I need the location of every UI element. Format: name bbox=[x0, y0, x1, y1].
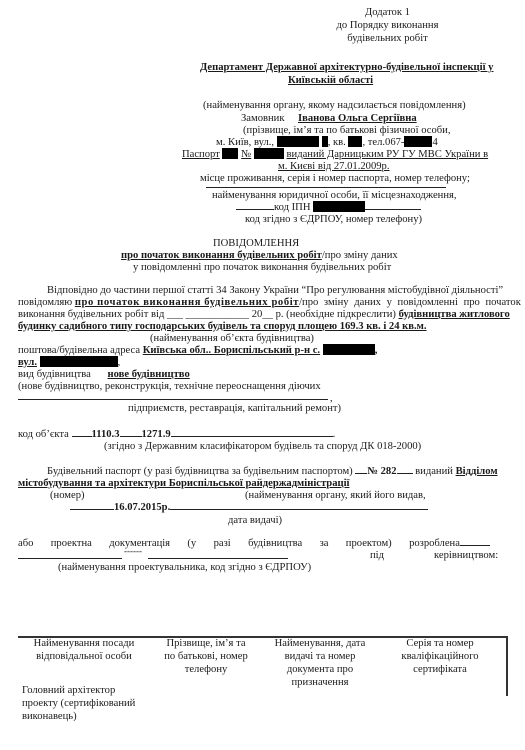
phone-suffix: 4 bbox=[432, 137, 437, 148]
ipn-blank-right bbox=[365, 209, 421, 210]
address-prefix: м. Київ, вул., bbox=[216, 137, 274, 148]
phone-label: , тел.067- bbox=[362, 137, 404, 148]
bp-issuer-line1: Відділом bbox=[456, 466, 498, 477]
para1-line3-a: виконання будівельних робіт від ___ ____… bbox=[18, 309, 396, 320]
redacted-ipn bbox=[313, 201, 365, 212]
bp-caption-date: дата видачі) bbox=[228, 514, 282, 527]
passport-label: Паспорт bbox=[182, 149, 220, 160]
passport-no-label: № bbox=[241, 149, 251, 160]
kind-caption1: (нове будівництво, реконструкція, техніч… bbox=[18, 380, 321, 393]
table-header-name: Прізвище, ім’я та по батькові, номер тел… bbox=[160, 637, 252, 676]
code-label: код об’єкта bbox=[18, 429, 69, 440]
table-row-position: Головний архітектор проекту (сертифікова… bbox=[22, 684, 142, 723]
recipient-caption: (найменування органу, якому надсилається… bbox=[203, 99, 466, 112]
project-word: разі bbox=[214, 537, 231, 550]
para1-line3-bold: будівництва житлового bbox=[399, 309, 510, 320]
para1-line2-bold: про початок виконання будівельних робіт bbox=[75, 297, 299, 308]
kind-rule bbox=[18, 399, 328, 400]
appendix-line2: до Порядку виконання bbox=[250, 19, 525, 32]
table-header-document: Найменування, дата видачі та номер докум… bbox=[270, 637, 370, 689]
code-value2: 1271.9 bbox=[142, 429, 171, 440]
recipient-org-line1: Департамент Державної архітектурно-будів… bbox=[200, 61, 493, 74]
redacted-village bbox=[323, 344, 375, 355]
designer-dashes: ------ bbox=[124, 545, 142, 558]
recipient-org-line2: Київській області bbox=[288, 74, 373, 87]
residence-caption: місце проживання, серія і номер паспорта… bbox=[200, 172, 470, 185]
redacted-passport-series bbox=[222, 148, 238, 159]
kind-label: вид будівництва bbox=[18, 369, 91, 380]
designer-rule-left bbox=[18, 558, 122, 559]
notice-subtitle-rest: /про зміну даних bbox=[322, 250, 398, 261]
project-doc-line: або проектна документація (у разі будівн… bbox=[18, 537, 490, 550]
appendix-line3: будівельних робіт bbox=[250, 32, 525, 45]
redacted-passport-number bbox=[254, 148, 284, 159]
kind-value: нове будівництво bbox=[108, 369, 190, 380]
project-word: або bbox=[18, 537, 33, 550]
redacted-apt bbox=[348, 136, 362, 147]
table-header-certificate: Серія та номер кваліфікаційного сертифік… bbox=[390, 637, 490, 676]
project-word: будівництва bbox=[248, 537, 302, 550]
passport-issued: виданий Дарницьким РУ ГУ МВС України в bbox=[287, 149, 489, 160]
ipn-blank-left bbox=[236, 209, 274, 210]
bp-issued-label: виданий bbox=[415, 466, 453, 477]
bp-line1-a: Будівельний паспорт (у разі будівництва … bbox=[47, 466, 353, 477]
redacted-street-address bbox=[40, 356, 118, 367]
ipn-label: код ІПН bbox=[274, 202, 310, 213]
appendix-line1: Додаток 1 bbox=[250, 6, 525, 19]
project-word: проектна bbox=[51, 537, 92, 550]
under-label: під bbox=[370, 549, 384, 562]
project-word: за bbox=[320, 537, 329, 550]
postal-label: поштова/будівельна адреса bbox=[18, 345, 140, 356]
legal-entity-rule bbox=[206, 187, 446, 188]
postal-value: Київська обл.. Бориспільський р-н с. bbox=[143, 345, 320, 356]
para1-line2-a: повідомляю bbox=[18, 297, 72, 308]
code-value1: 1110.3 bbox=[92, 429, 120, 440]
redacted-phone bbox=[404, 136, 432, 147]
redacted-street bbox=[277, 136, 319, 147]
appendix-header: Додаток 1 до Порядку виконання будівельн… bbox=[250, 6, 525, 45]
code-caption: (згідно з Державним класифікатором будів… bbox=[104, 440, 421, 453]
legal-caption2: код згідно з ЄДРПОУ, номер телефону) bbox=[245, 213, 422, 226]
para1-line2-rest: /про зміну даних у повідомленні про поча… bbox=[299, 297, 521, 308]
table-header-position: Найменування посади відповідальної особи bbox=[24, 637, 144, 663]
notice-subtitle-line2: у повідомленні про початок виконання буд… bbox=[133, 261, 391, 274]
apt-label: , кв. bbox=[328, 137, 346, 148]
street-label: вул. bbox=[18, 357, 37, 368]
bp-number: № 282 bbox=[367, 466, 396, 477]
leadership-label: керівництвом: bbox=[434, 549, 498, 562]
project-word: розроблена bbox=[409, 538, 460, 549]
bp-date-line: 16.07.2015р. bbox=[70, 501, 428, 514]
bp-date: 16.07.2015р. bbox=[114, 502, 170, 513]
designer-rule-right bbox=[148, 558, 288, 559]
designer-caption: (найменування проектувальника, код згідн… bbox=[58, 561, 311, 574]
project-word: (у bbox=[187, 537, 196, 550]
kind-caption2: підприємств, реставрація, капітальний ре… bbox=[128, 402, 341, 415]
notice-subtitle-bold: про початок виконання будівельних робіт bbox=[121, 250, 322, 261]
project-word: проектом) bbox=[346, 537, 392, 550]
